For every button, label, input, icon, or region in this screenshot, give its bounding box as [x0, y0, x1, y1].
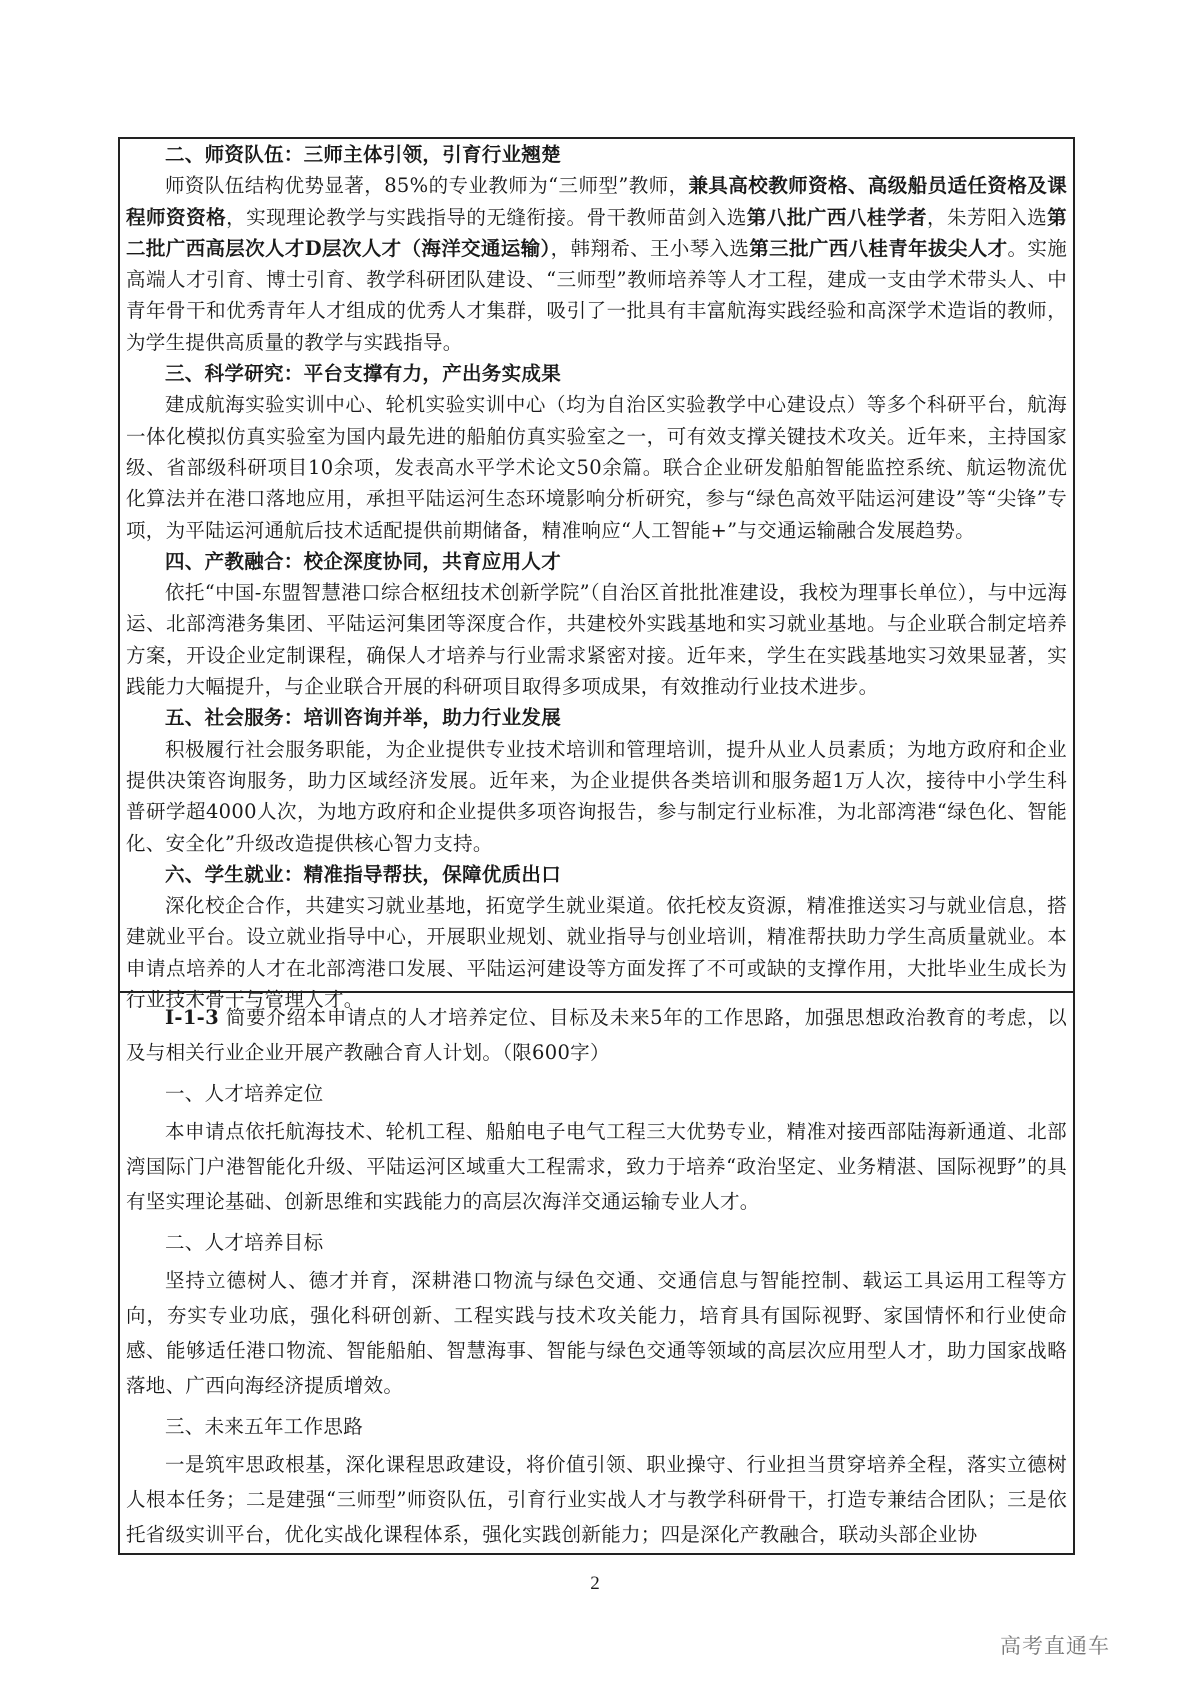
paragraph-industry-integration: 依托“中国-东盟智慧港口综合枢纽技术创新学院”（自治区首批批准建设，我校为理事长…: [126, 577, 1067, 702]
heading-goals: 二、人才培养目标: [126, 1225, 1067, 1260]
section-2-cell: I-1-3 简要介绍本申请点的人才培养定位、目标及未来5年的工作思路，加强思想政…: [120, 994, 1073, 1553]
paragraph-positioning: 本申请点依托航海技术、轮机工程、船舶电子电气工程三大优势专业，精准对接西部陆海新…: [126, 1114, 1067, 1219]
watermark: 高考直通车: [1000, 1630, 1110, 1660]
heading-research: 三、科学研究：平台支撑有力，产出务实成果: [126, 358, 1067, 389]
heading-industry-integration: 四、产教融合：校企深度协同，共育应用人才: [126, 546, 1067, 577]
paragraph-five-year-plan: 一是筑牢思政根基，深化课程思政建设，将价值引领、职业操守、行业担当贯穿培养全程，…: [126, 1447, 1067, 1552]
application-form-table: 二、师资队伍：三师主体引领，引育行业翘楚 师资队伍结构优势显著，85%的专业教师…: [118, 137, 1075, 1555]
question-id: I-1-3: [165, 1006, 219, 1029]
paragraph-goals: 坚持立德树人、德才并育，深耕港口物流与绿色交通、交通信息与智能控制、载运工具运用…: [126, 1263, 1067, 1403]
section-1-cell: 二、师资队伍：三师主体引领，引育行业翘楚 师资队伍结构优势显著，85%的专业教师…: [120, 139, 1073, 991]
heading-faculty: 二、师资队伍：三师主体引领，引育行业翘楚: [126, 139, 1067, 170]
table-divider: [120, 991, 1073, 993]
paragraph-research: 建成航海实验实训中心、轮机实验实训中心（均为自治区实验教学中心建设点）等多个科研…: [126, 389, 1067, 545]
heading-social-service: 五、社会服务：培训咨询并举，助力行业发展: [126, 702, 1067, 733]
paragraph-social-service: 积极履行社会服务职能，为企业提供专业技术培训和管理培训，提升从业人员素质；为地方…: [126, 734, 1067, 859]
question-prompt: I-1-3 简要介绍本申请点的人才培养定位、目标及未来5年的工作思路，加强思想政…: [126, 1000, 1067, 1070]
heading-positioning: 一、人才培养定位: [126, 1076, 1067, 1111]
paragraph-faculty: 师资队伍结构优势显著，85%的专业教师为“三师型”教师，兼具高校教师资格、高级船…: [126, 170, 1067, 358]
heading-five-year-plan: 三、未来五年工作思路: [126, 1409, 1067, 1444]
heading-employment: 六、学生就业：精准指导帮扶，保障优质出口: [126, 859, 1067, 890]
page-number: 2: [0, 1573, 1190, 1595]
